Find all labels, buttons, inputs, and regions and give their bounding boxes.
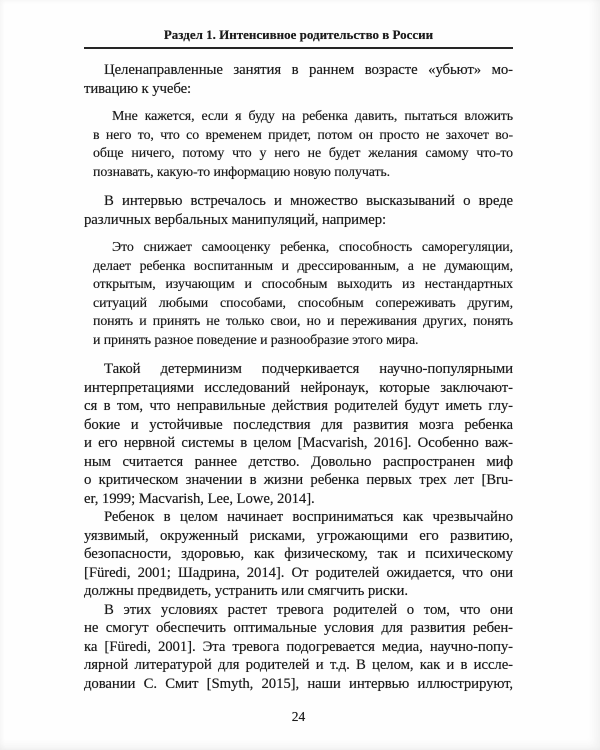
text-line: и принять разное поведение и разнообрази… <box>93 332 513 351</box>
text-line: уязвимый, окруженный рисками, угрожающим… <box>84 527 513 546</box>
text-line: Целенаправленные занятия в раннем возрас… <box>84 61 513 80</box>
text-line: В этих условиях растет тревога родителей… <box>84 601 513 620</box>
page-text: Целенаправленные занятия в раннем возрас… <box>84 61 513 693</box>
text-line: о критическом значении в жизни ребенка п… <box>84 471 513 490</box>
text-line: Такой детерминизм подчеркивается научно-… <box>84 360 513 379</box>
text-line: интерпретациями исследований нейронаук, … <box>84 379 513 398</box>
text-line: бокие и устойчивые последствия для разви… <box>84 416 513 435</box>
text-line: должны предвидеть, устранить или смягчит… <box>84 582 513 601</box>
text-line: понять и принять не только свои, но и пе… <box>93 313 513 332</box>
body-paragraph: Целенаправленные занятия в раннем возрас… <box>84 61 513 98</box>
text-line: [Füredi, 2001; Шадрина, 2014]. От родите… <box>84 564 513 583</box>
text-line: делает ребенка воспитанным и дрессирован… <box>93 258 513 277</box>
text-line: лярной литературой для родителей и т.д. … <box>84 656 513 675</box>
text-column: Раздел 1. Интенсивное родительство в Рос… <box>84 0 513 693</box>
text-line: ным считается раннее детство. Довольно р… <box>84 453 513 472</box>
text-line: Это снижает самооценку ребенка, способно… <box>93 239 513 258</box>
body-paragraph: Такой детерминизм подчеркивается научно-… <box>84 360 513 508</box>
running-header: Раздел 1. Интенсивное родительство в Рос… <box>84 0 513 42</box>
text-line: обще ничего, потому что у него не будет … <box>93 145 513 164</box>
text-line: в него то, что со временем придет, потом… <box>93 127 513 146</box>
text-line: ся в том, что неправильные действия роди… <box>84 397 513 416</box>
body-paragraph: В этих условиях растет тревога родителей… <box>84 601 513 694</box>
interview-quote: Это снижает самооценку ребенка, способно… <box>93 239 513 350</box>
text-line: безопасности, здоровью, как физическому,… <box>84 545 513 564</box>
text-line: довании С. Смит [Smyth, 2015], наши инте… <box>84 675 513 694</box>
text-line: различных вербальных манипуляций, наприм… <box>84 211 513 230</box>
text-line: er, 1999; Macvarish, Lee, Lowe, 2014]. <box>84 490 513 509</box>
text-line: В интервью встречалось и множество выска… <box>84 192 513 211</box>
text-line: познавать, какую-то информацию новую пол… <box>93 164 513 183</box>
text-line: ка [Füredi, 2001]. Эта тревога подогрева… <box>84 638 513 657</box>
text-line: открытым, изучающим и способным выходить… <box>93 276 513 295</box>
book-page-scan: Раздел 1. Интенсивное родительство в Рос… <box>0 0 600 750</box>
text-line: Ребенок в целом начинает восприниматься … <box>84 508 513 527</box>
text-line: не смогут обеспечить оптимальные условия… <box>84 619 513 638</box>
text-line: ситуаций любыми способами, способным соп… <box>93 295 513 314</box>
body-paragraph: Ребенок в целом начинает восприниматься … <box>84 508 513 601</box>
page-number: 24 <box>84 709 513 725</box>
header-rule <box>84 47 513 49</box>
text-line: тивацию к учебе: <box>84 80 513 99</box>
interview-quote: Мне кажется, если я буду на ребенка дави… <box>93 108 513 182</box>
body-paragraph: В интервью встречалось и множество выска… <box>84 192 513 229</box>
text-line: Мне кажется, если я буду на ребенка дави… <box>93 108 513 127</box>
text-line: и его нервной системы в целом [Macvarish… <box>84 434 513 453</box>
